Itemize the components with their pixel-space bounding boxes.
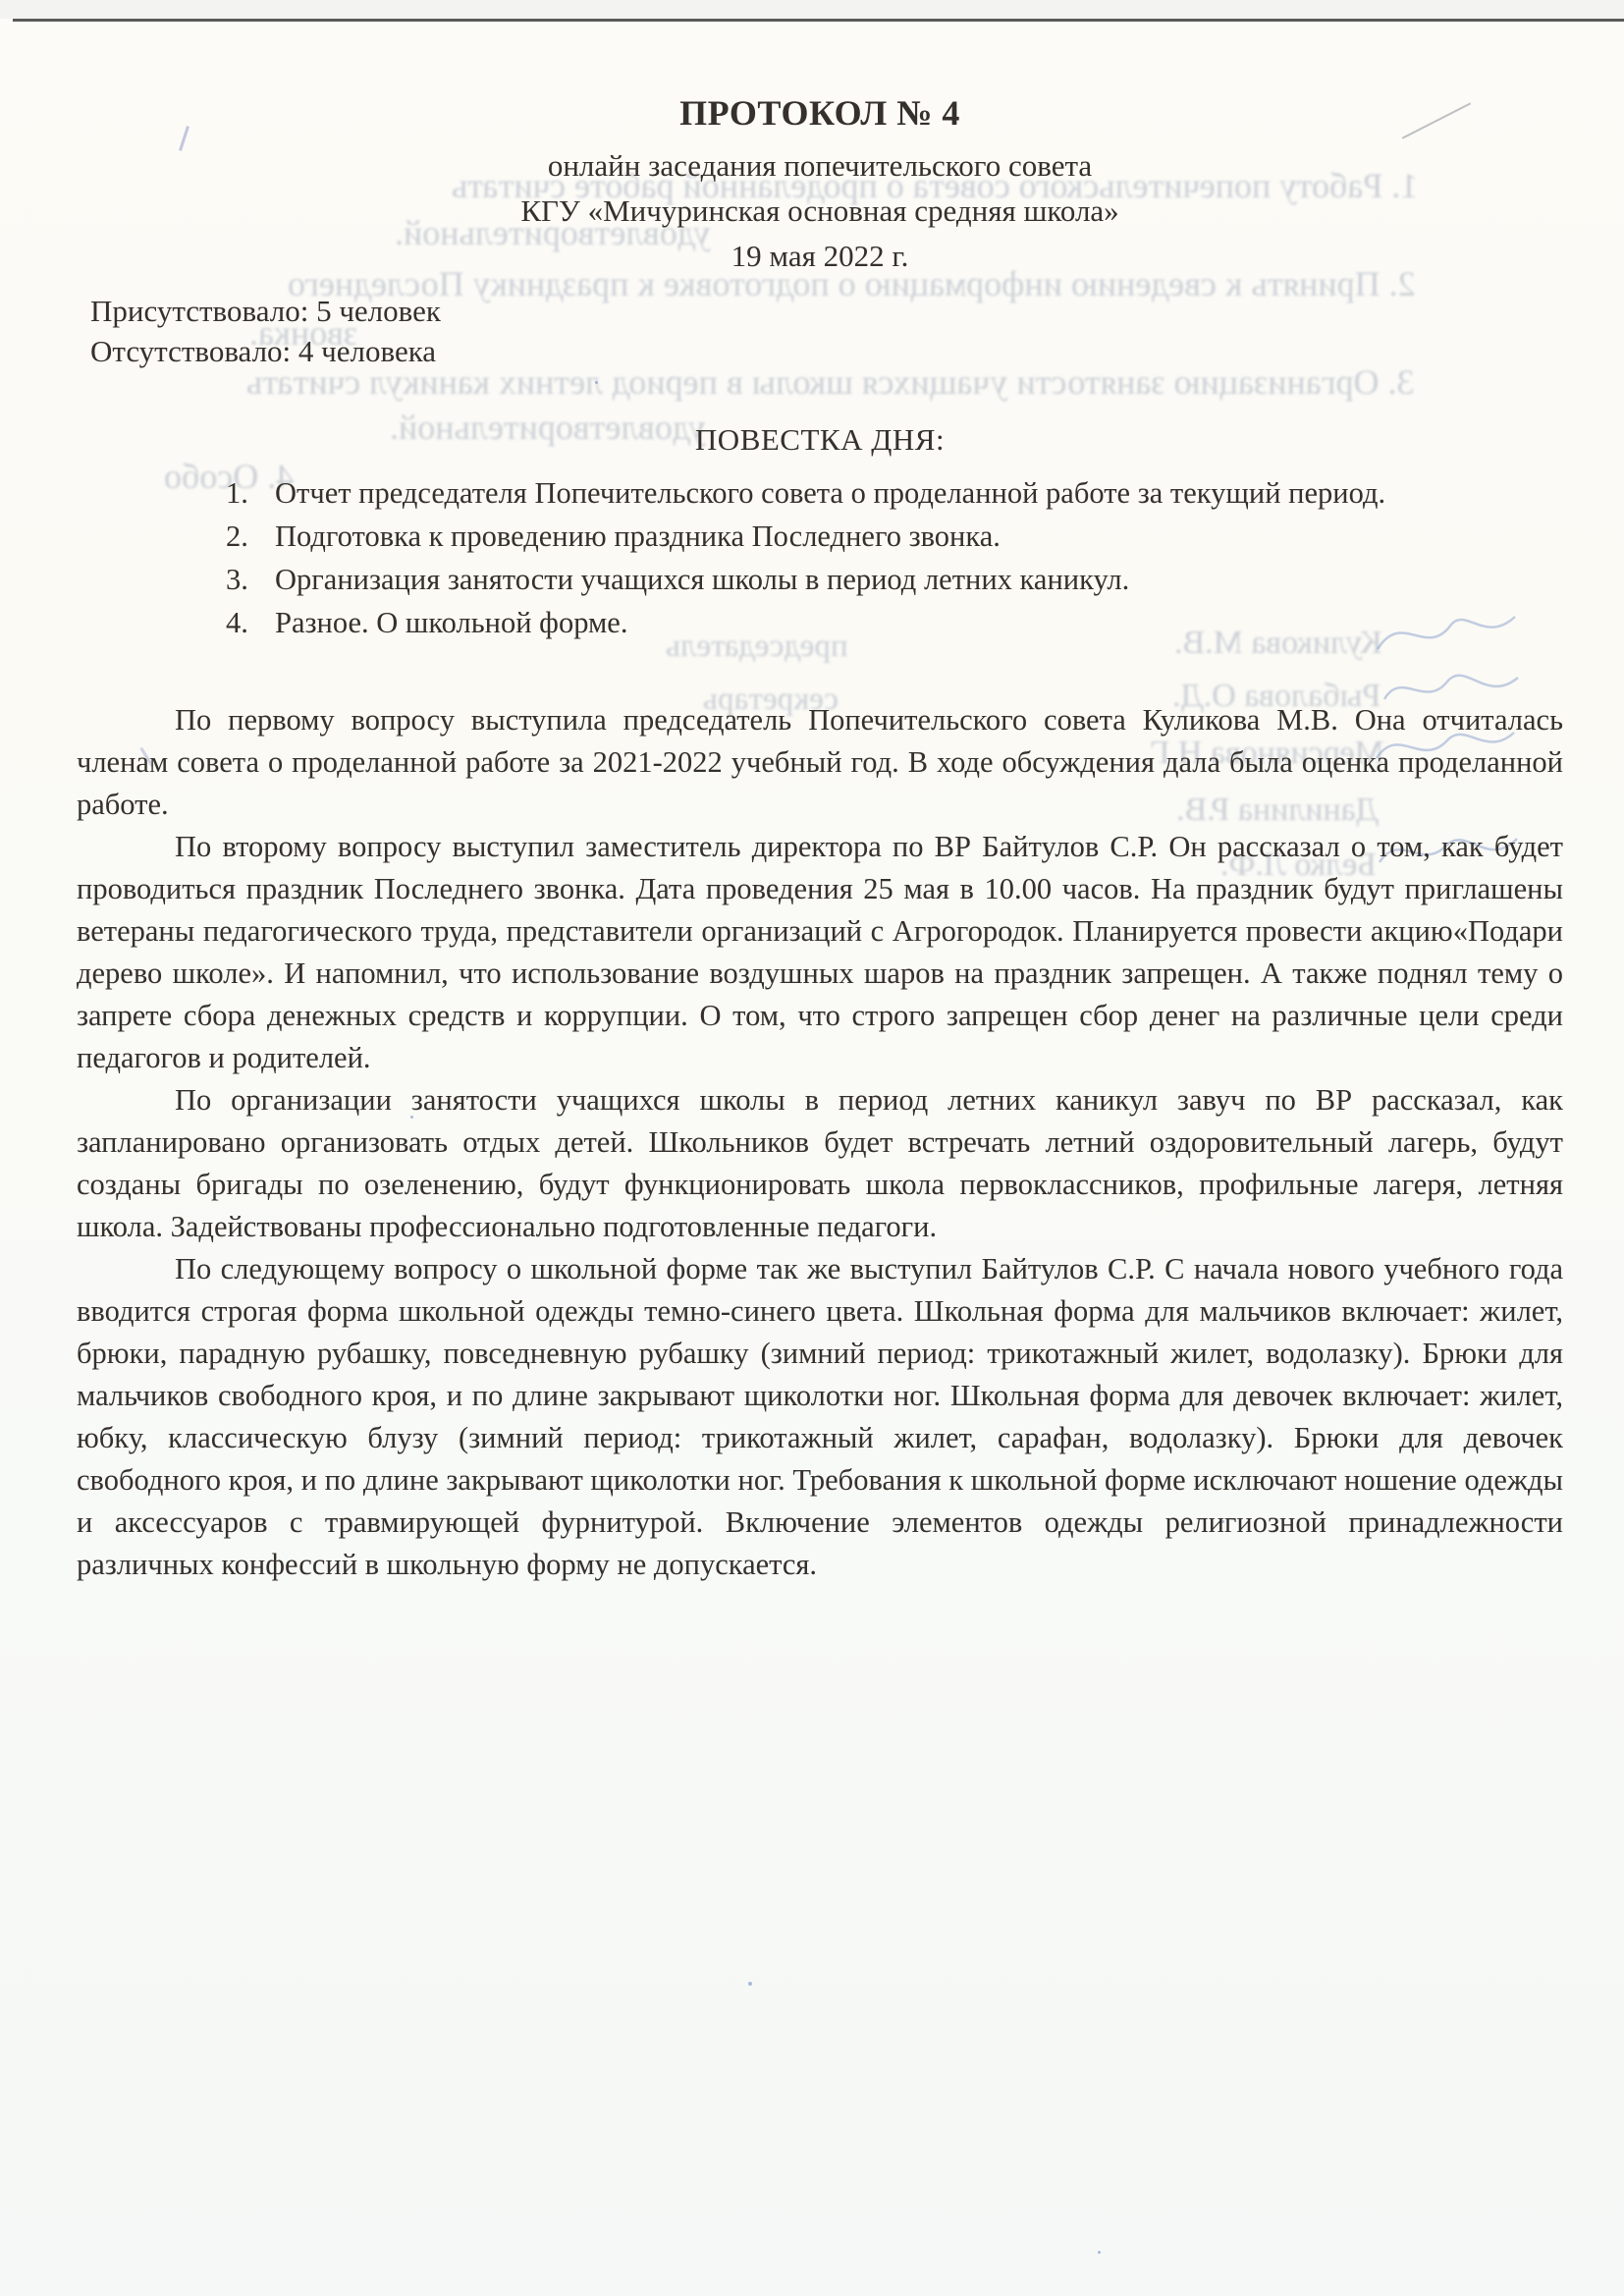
agenda-item-number: 4. xyxy=(226,601,275,644)
agenda-item: 4. Разное. О школьной форме. xyxy=(77,601,1563,644)
agenda-item-text: Разное. О школьной форме. xyxy=(275,601,1542,644)
ink-speck xyxy=(1098,2251,1101,2254)
document-title: ПРОТОКОЛ № 4 xyxy=(77,92,1563,134)
agenda-item-number: 2. xyxy=(226,515,275,558)
agenda-item-text: Отчет председателя Попечительского совет… xyxy=(275,471,1542,515)
ink-speck xyxy=(748,1982,752,1986)
document-subtitle: КГУ «Мичуринская основная средняя школа» xyxy=(77,189,1563,234)
document-date: 19 мая 2022 г. xyxy=(77,234,1563,279)
agenda-item-text: Организация занятости учащихся школы в п… xyxy=(275,558,1542,601)
agenda-item-text: Подготовка к проведению праздника Послед… xyxy=(275,515,1542,558)
attendance-present: Присутствовало: 5 человек xyxy=(90,291,1563,331)
attendance-absent: Отсутствовало: 4 человека xyxy=(90,331,1563,371)
document-body: ПРОТОКОЛ № 4 онлайн заседания попечитель… xyxy=(77,92,1563,1586)
agenda-item: 3. Организация занятости учащихся школы … xyxy=(77,558,1563,601)
paragraph-question-2: По второму вопросу выступил заместитель … xyxy=(77,826,1563,1079)
paragraph-question-3: По организации занятости учащихся школы … xyxy=(77,1079,1563,1248)
paragraph-question-4: По следующему вопросу о школьной форме т… xyxy=(77,1248,1563,1586)
agenda-item-number: 1. xyxy=(226,471,275,515)
agenda-item: 1. Отчет председателя Попечительского со… xyxy=(77,471,1563,515)
scan-edge-line xyxy=(13,19,1624,22)
scan-edge-strip xyxy=(0,0,1624,19)
agenda-list: 1. Отчет председателя Попечительского со… xyxy=(77,471,1563,644)
agenda-item: 2. Подготовка к проведению праздника Пос… xyxy=(77,515,1563,558)
minutes-text: По первому вопросу выступила председател… xyxy=(77,699,1563,1586)
document-subtitle: онлайн заседания попечительского совета xyxy=(77,143,1563,189)
agenda-heading: ПОВЕСТКА ДНЯ: xyxy=(77,422,1563,458)
attendance-block: Присутствовало: 5 человек Отсутствовало:… xyxy=(77,291,1563,371)
agenda-item-number: 3. xyxy=(226,558,275,601)
scanned-page: 1. Работу попечительского совета о проде… xyxy=(0,0,1624,2296)
paragraph-question-1: По первому вопросу выступила председател… xyxy=(77,699,1563,826)
